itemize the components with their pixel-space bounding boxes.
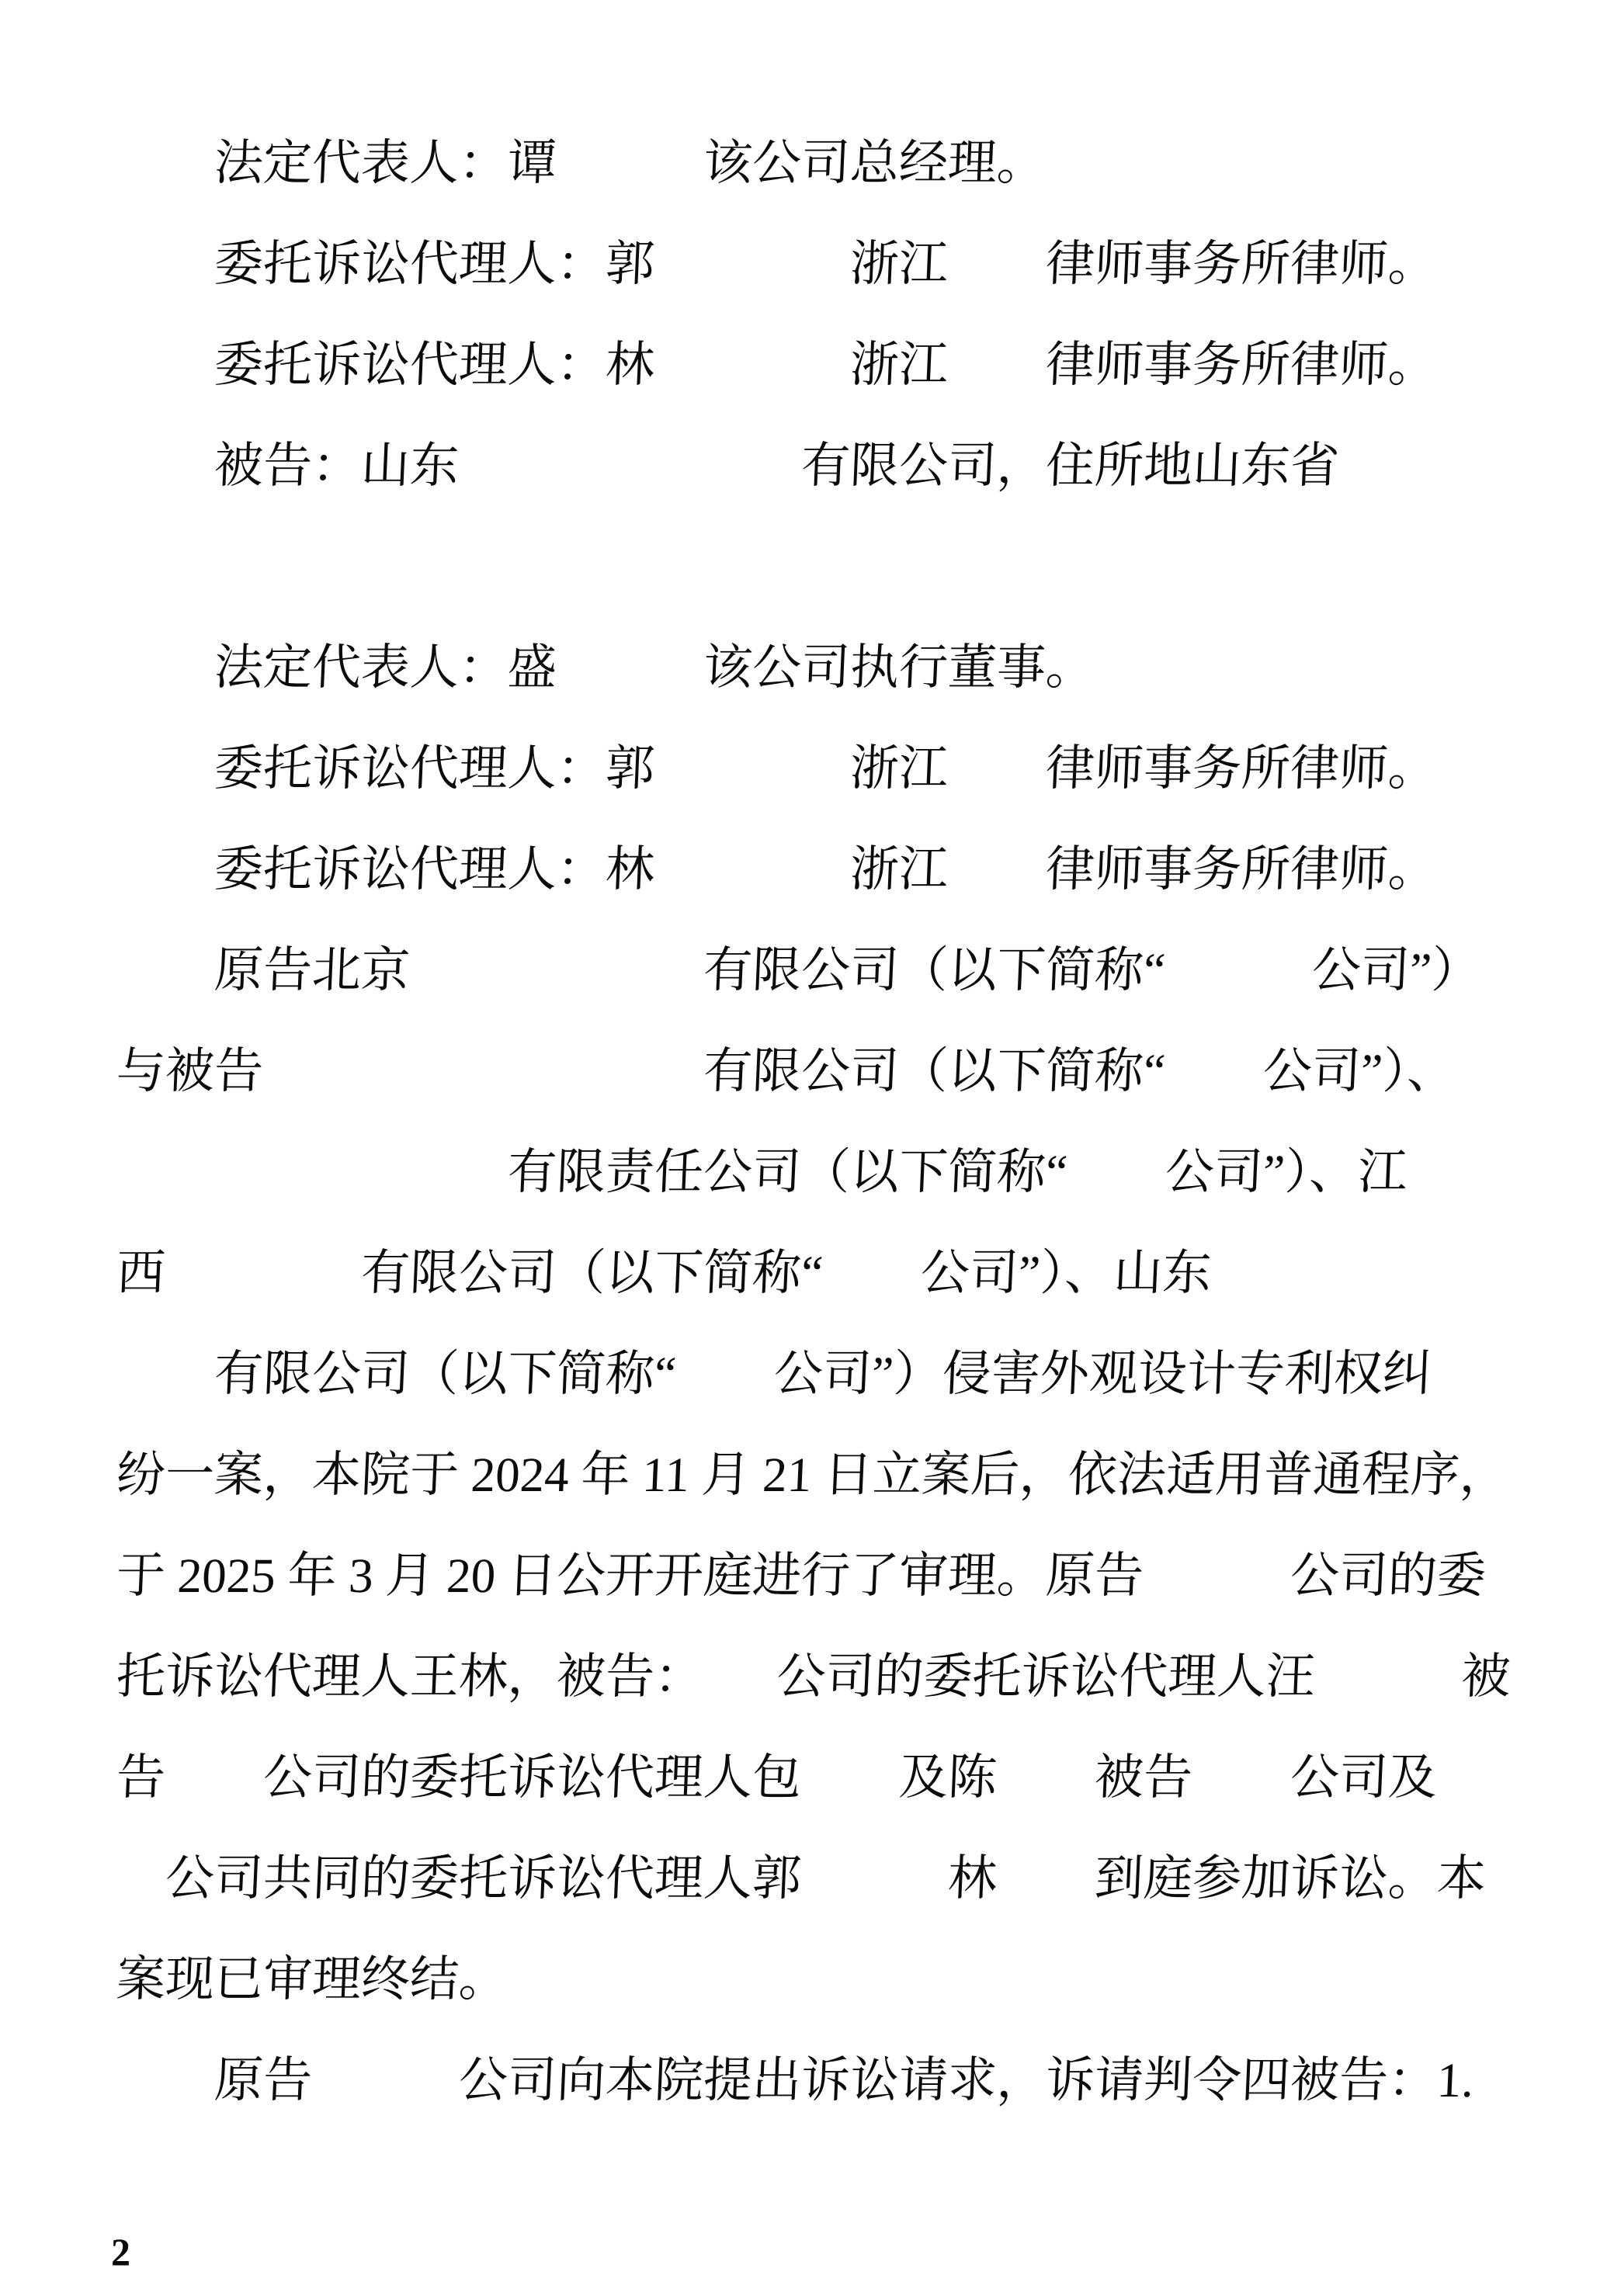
text-line: 有限责任公司（以下简称“ 公司”）、江: [114, 1122, 1578, 1223]
text-line: 纷一案，本院于 2024 年 11 月 21 日立案后，依法适用普通程序，: [114, 1424, 1578, 1525]
text-line-blank: [114, 516, 1578, 617]
text-line: 托诉讼代理人王林，被告： 公司的委托诉讼代理人汪 被: [114, 1626, 1578, 1727]
document-page: 法定代表人：谭 该公司总经理。 委托诉讼代理人：郭 浙江 律师事务所律师。 委托…: [0, 0, 1621, 2296]
text-line: 委托诉讼代理人：林 浙江 律师事务所律师。: [114, 819, 1578, 920]
text-line: 被告：山东 有限公司，住所地山东省: [114, 415, 1578, 516]
text-line: 法定代表人：盛 该公司执行董事。: [114, 617, 1578, 718]
judgment-text-block: 法定代表人：谭 该公司总经理。 委托诉讼代理人：郭 浙江 律师事务所律师。 委托…: [116, 113, 1576, 2131]
text-line: 告 公司的委托诉讼代理人包 及陈 被告 公司及: [114, 1727, 1578, 1828]
page-number: 2: [111, 2229, 130, 2274]
text-line: 公司共同的委托诉讼代理人郭 林 到庭参加诉讼。本: [114, 1828, 1578, 1929]
text-line: 案现已审理终结。: [114, 1929, 1578, 2030]
text-line: 西 有限公司（以下简称“ 公司”）、山东: [114, 1223, 1578, 1323]
text-line: 委托诉讼代理人：郭 浙江 律师事务所律师。: [114, 213, 1578, 314]
text-line: 委托诉讼代理人：林 浙江 律师事务所律师。: [114, 314, 1578, 415]
text-line: 与被告 有限公司（以下简称“ 公司”）、: [114, 1021, 1578, 1122]
text-line: 法定代表人：谭 该公司总经理。: [114, 113, 1578, 213]
text-line: 于 2025 年 3 月 20 日公开开庭进行了审理。原告 公司的委: [114, 1525, 1578, 1626]
text-line: 原告北京 有限公司（以下简称“ 公司”）: [114, 920, 1578, 1021]
text-line: 原告 公司向本院提出诉讼请求，诉请判令四被告：1.: [114, 2030, 1578, 2131]
text-line: 有限公司（以下简称“ 公司”）侵害外观设计专利权纠: [114, 1323, 1578, 1424]
text-line: 委托诉讼代理人：郭 浙江 律师事务所律师。: [114, 718, 1578, 819]
